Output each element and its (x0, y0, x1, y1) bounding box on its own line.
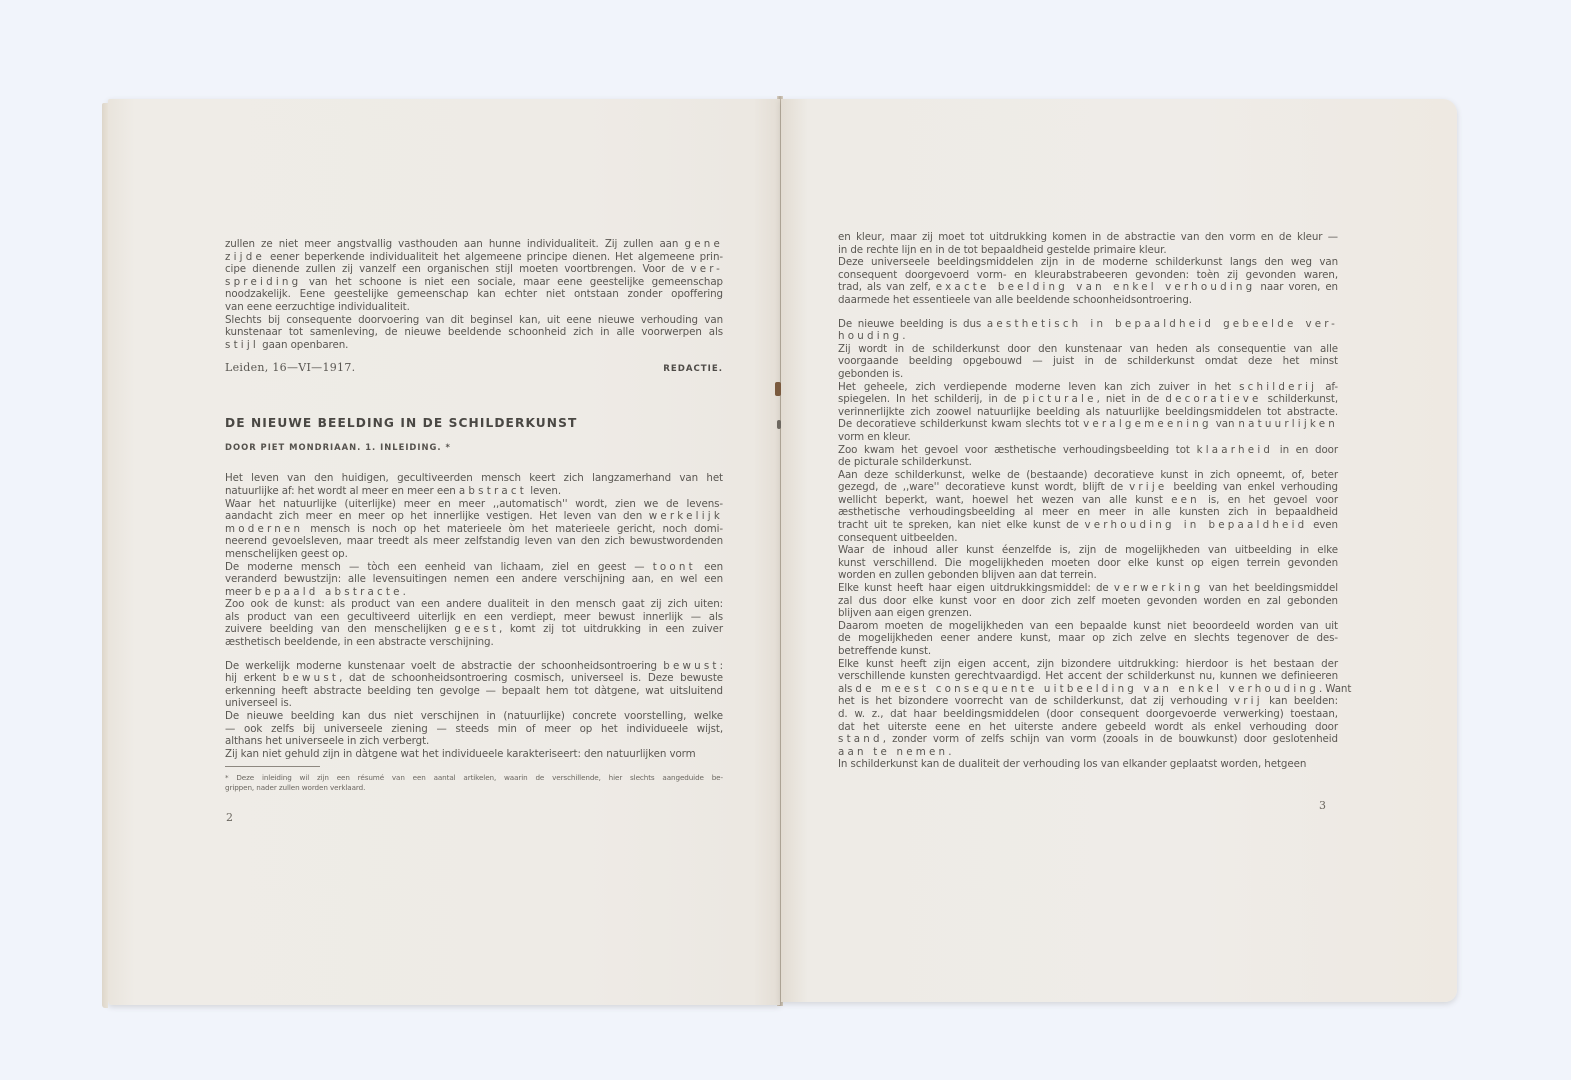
text-line: blijven aan eigen grenzen. (838, 607, 1338, 620)
emphasized-text: werkelijk (649, 510, 723, 522)
text-line: De werkelijk moderne kunstenaar voelt de… (225, 660, 723, 673)
text-line: wellicht beperkt, want, hoewel het wezen… (838, 494, 1338, 507)
text-line: noodzakelijk. Eene geestelijke gemeensch… (225, 288, 723, 301)
text-line: houding. (838, 330, 1338, 343)
text-line: daarmede het essentieele van alle beelde… (838, 294, 1338, 307)
text-line: Het geheele, zich verdiepende moderne le… (838, 381, 1338, 394)
emphasized-text: ver- (690, 263, 723, 275)
staple-bottom (777, 420, 781, 429)
text-line: universeel is. (225, 697, 723, 710)
article-byline: DOOR PIET MONDRIAAN. 1. INLEIDING. * (225, 440, 723, 454)
text-line: spreiding van het schoone is niet een so… (225, 276, 723, 289)
left-page-text: zullen ze niet meer angstvallig vasthoud… (225, 238, 723, 793)
text-line: d. w. z., dat haar beeldingsmiddelen (do… (838, 708, 1338, 721)
emphasized-text: picturale (1022, 393, 1096, 405)
article-paragraph: De werkelijk moderne kunstenaar voelt de… (225, 660, 723, 761)
emphasized-text: gene (684, 238, 723, 250)
emphasized-text: klaarheid (1197, 444, 1274, 456)
emphasized-text: houding (838, 330, 902, 342)
text-line: cipe dienende zullen zij vanzelf een org… (225, 263, 723, 276)
emphasized-text: een (1171, 494, 1200, 506)
text-line: Deze universeele beeldingsmiddelen zijn … (838, 256, 1338, 269)
emphasized-text: modernen (225, 523, 303, 535)
footnote-line: * Deze inleiding wil zijn een résumé van… (225, 773, 723, 783)
emphasized-text: veralgemeening (1083, 418, 1212, 430)
text-line: trad, als van zelf, exacte beelding van … (838, 281, 1338, 294)
right-page-text: en kleur, maar zij moet tot uitdrukking … (838, 231, 1338, 771)
text-line: Zij wordt in de schilderkunst door den k… (838, 343, 1338, 356)
text-line: Zij kan niet gehuld zijn in dàtgene wat … (225, 748, 723, 761)
text-line: gezegd, de ,,ware'' decoratieve kunst wo… (838, 481, 1338, 494)
text-line: voorgaande beelding opgebouwd — juist in… (838, 355, 1338, 368)
emphasized-text: natuurlijken (1238, 418, 1338, 430)
emphasized-text: zijde (225, 251, 265, 263)
emphasized-text: spreiding (225, 276, 301, 288)
staple-top (775, 382, 781, 396)
text-line: hij erkent bewust, dat de schoonheidsont… (225, 672, 723, 685)
text-line: van eene eerzuchtige individualiteit. (225, 301, 723, 314)
emphasized-text: decoratieve (1165, 393, 1261, 405)
text-line: aan te nemen. (838, 746, 1338, 759)
emphasized-text: stijl (225, 339, 259, 351)
emphasized-text: verwerking (1114, 582, 1204, 594)
emphasized-text: toont (653, 561, 696, 573)
place-date: Leiden, 16—VI—1917. (225, 361, 355, 375)
emphasized-text: aesthetisch in bepaaldheid gebeelde ver- (987, 318, 1338, 330)
text-line: zuivere beelding van den menschelijken g… (225, 623, 723, 636)
text-line: De moderne mensch — tòch een eenheid van… (225, 561, 723, 574)
text-line: dat het uiterste eene en het uiterste an… (838, 721, 1338, 734)
text-line: Zoo ook de kunst: als product van een an… (225, 598, 723, 611)
text-line: gebonden is. (838, 368, 1338, 381)
emphasized-text: de meest consequente uitbeelding van enk… (855, 683, 1319, 695)
text-line: veranderd bewustzijn: alle levensuitinge… (225, 573, 723, 586)
article-paragraph: en kleur, maar zij moet tot uitdrukking … (838, 231, 1338, 307)
text-line: consequent uitbeelden. (838, 532, 1338, 545)
text-line: betreffende kunst. (838, 645, 1338, 658)
emphasized-text: verhouding in bepaaldheid (1084, 519, 1307, 531)
text-line: æsthetisch beeldende, in een abstracte v… (225, 636, 723, 649)
text-line: zijde eener beperkende individualiteit h… (225, 251, 723, 264)
text-line: het is het bizondere voorrecht van de sc… (838, 695, 1338, 708)
emphasized-text: bewust (663, 660, 719, 672)
article-paragraph: De nieuwe beelding is dus aesthetisch in… (838, 318, 1338, 771)
text-line: De decoratieve schilderkunst kwam slecht… (838, 418, 1338, 431)
footnote: * Deze inleiding wil zijn een résumé van… (225, 773, 723, 793)
page-number-right: 3 (1319, 799, 1326, 812)
emphasized-text: geest (454, 623, 499, 635)
footnote-divider (225, 766, 320, 767)
text-line: verinnerlijkte zich zoowel natuurlijke b… (838, 406, 1338, 419)
text-line: als product van een gecultiveerd uiterli… (225, 611, 723, 624)
text-line: De nieuwe beelding kan dus niet verschij… (225, 710, 723, 723)
article-title: DE NIEUWE BEELDING IN DE SCHILDERKUNST (225, 415, 723, 431)
emphasized-text: schilderij (1239, 381, 1317, 393)
text-line: Slechts bij consequente doorvoering van … (225, 314, 723, 327)
text-line: Elke kunst heeft haar eigen uitdrukkings… (838, 582, 1338, 595)
text-line: Waar de inhoud aller kunst éenzelfde is,… (838, 544, 1338, 557)
text-line: worden en zullen gebonden blijven aan da… (838, 569, 1338, 582)
text-line: kunst verschillend. Die mogelijkheden mo… (838, 557, 1338, 570)
editorial-signature: REDACTIE. (663, 362, 723, 376)
text-line: in de rechte lijn en in de tot bepaaldhe… (838, 244, 1338, 257)
text-line: æsthetische verhoudingsbeelding al meer … (838, 506, 1338, 519)
emphasized-text: bepaald abstracte (255, 586, 403, 598)
text-line: Aan deze schilderkunst, welke de (bestaa… (838, 469, 1338, 482)
text-line: stijl gaan openbaren. (225, 339, 723, 352)
emphasized-text: aan te nemen (838, 746, 948, 758)
footnote-line: grippen, nader zullen worden verklaard. (225, 783, 723, 793)
text-line: tracht uit te spreken, kan niet elke kun… (838, 519, 1338, 532)
text-line: neerend gevoelsleven, maar treedt als me… (225, 535, 723, 548)
text-line: Elke kunst heeft zijn eigen accent, zijn… (838, 658, 1338, 671)
text-line: modernen mensch is noch op het materieel… (225, 523, 723, 536)
text-line: De nieuwe beelding is dus aesthetisch in… (838, 318, 1338, 331)
text-line: vorm en kleur. (838, 431, 1338, 444)
text-line: Het leven van den huidigen, gecultiveerd… (225, 472, 723, 485)
text-line: Waar het natuurlijke (uiterlijke) meer e… (225, 498, 723, 511)
editorial-signoff: Leiden, 16—VI—1917. REDACTIE. (225, 361, 723, 375)
text-line: als de meest consequente uitbeelding van… (838, 683, 1338, 696)
emphasized-text: abstract (459, 485, 527, 497)
emphasized-text: exacte beelding van enkel verhouding (936, 281, 1256, 293)
article-paragraph: Het leven van den huidigen, gecultiveerd… (225, 472, 723, 648)
text-line: menschelijken geest op. (225, 548, 723, 561)
text-line: natuurlijke af: het wordt al meer en mee… (225, 485, 723, 498)
text-line: — ook zelfs bij universeele ziening — st… (225, 723, 723, 736)
emphasized-text: vrij (1234, 695, 1263, 707)
text-line: aandacht zich meer en meer op het innerl… (225, 510, 723, 523)
text-line: en kleur, maar zij moet tot uitdrukking … (838, 231, 1338, 244)
text-line: verschillende kunsten gerechtvaardigd. H… (838, 670, 1338, 683)
text-line: althans het universeele in zich verbergt… (225, 735, 723, 748)
text-line: zal dus door elke kunst voor en door zic… (838, 595, 1338, 608)
text-line: de mogelijkheden eener andere kunst, maa… (838, 632, 1338, 645)
page-number-left: 2 (226, 811, 233, 824)
text-line: consequent doorgevoerd vorm- en kleurabs… (838, 269, 1338, 282)
text-line: erkenning heeft abstracte beelding ten g… (225, 685, 723, 698)
text-line: de picturale schilderkunst. (838, 456, 1338, 469)
editorial-closing-paragraph: zullen ze niet meer angstvallig vasthoud… (225, 238, 723, 351)
text-line: Zoo kwam het gevoel voor æsthetische ver… (838, 444, 1338, 457)
text-line: kunstenaar tot samenleving, de nieuwe be… (225, 326, 723, 339)
emphasized-text: stand (838, 733, 883, 745)
text-line: zullen ze niet meer angstvallig vasthoud… (225, 238, 723, 251)
text-line: meer bepaald abstracte. (225, 586, 723, 599)
emphasized-text: bewust (283, 672, 339, 684)
text-line: In schilderkunst kan de dualiteit der ve… (838, 758, 1338, 771)
text-line: Daarom moeten de mogelijkheden van een b… (838, 620, 1338, 633)
emphasized-text: vrije (1129, 481, 1167, 493)
text-line: stand, zonder vorm of zelfs schijn van v… (838, 733, 1338, 746)
text-line: spiegelen. In het schilderij, in de pict… (838, 393, 1338, 406)
